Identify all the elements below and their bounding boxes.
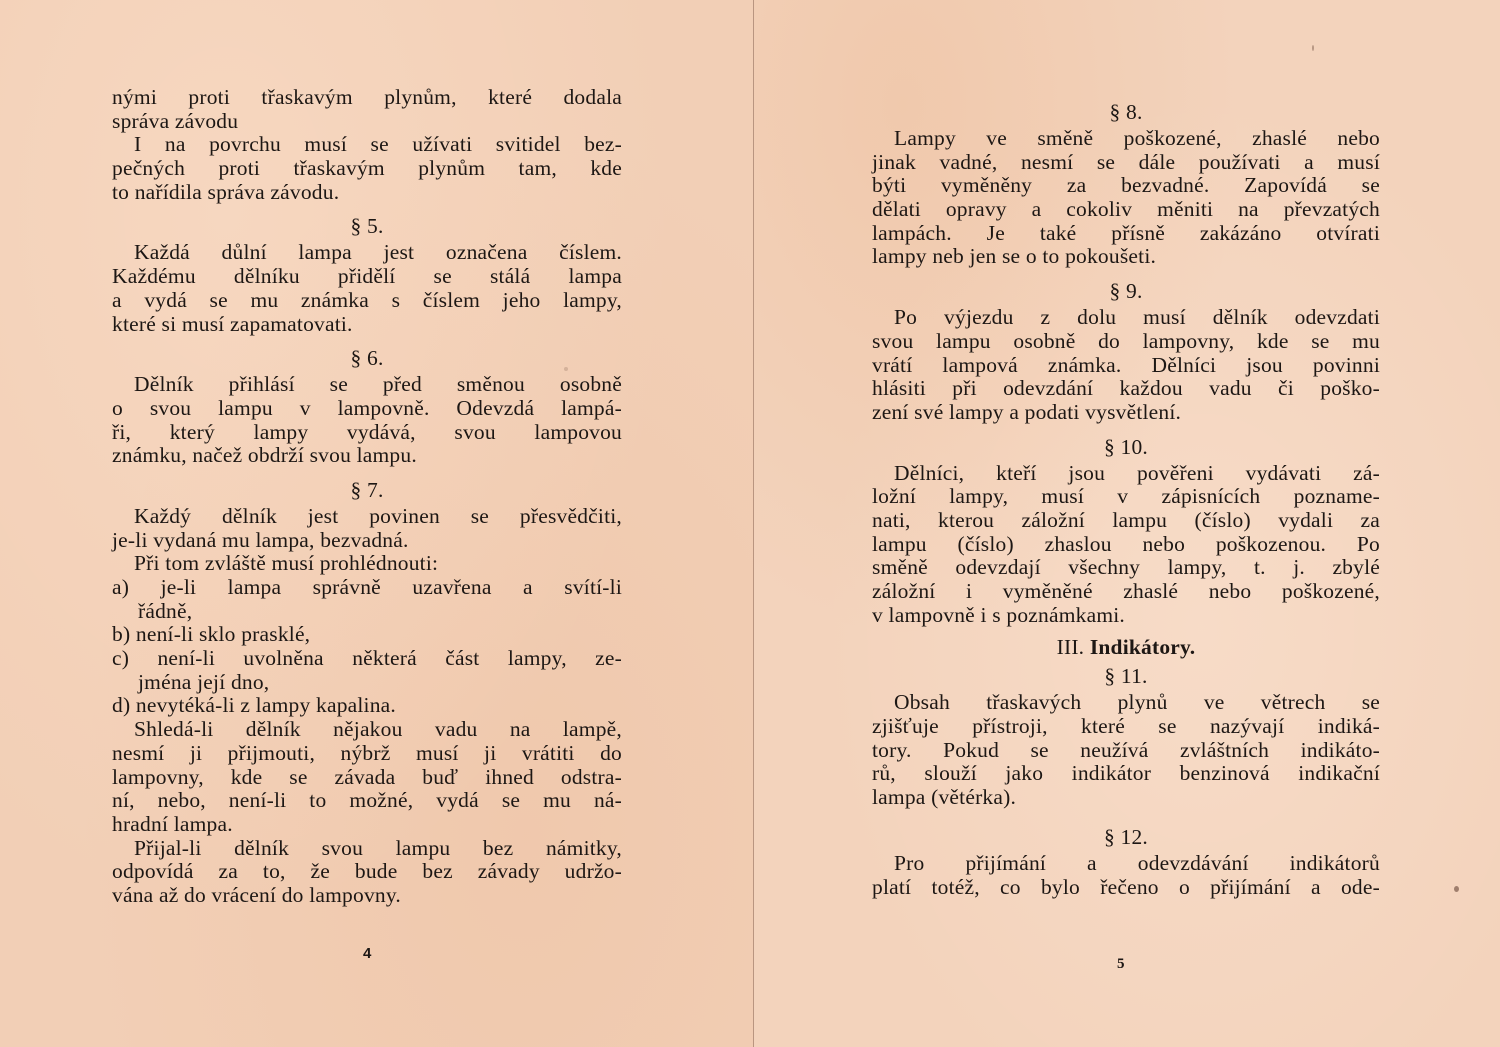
text-line: vána až do vrácení do lampovny.: [112, 884, 622, 908]
text-line: odpovídá za to, že bude bez závady udržo…: [112, 860, 622, 884]
text-line: nými proti třaskavým plynům, které dodal…: [112, 86, 622, 110]
text-line: to nařídila správa závodu.: [112, 181, 622, 205]
text-line: jinak vadné, nesmí se dále používati a m…: [872, 151, 1380, 175]
text-line: Lampy ve směně poškozené, zhaslé nebo: [872, 127, 1380, 151]
text-line: a vydá se mu známka s číslem jeho lampy,: [112, 289, 622, 313]
text-line: dělati opravy a cokoliv měniti na převza…: [872, 198, 1380, 222]
text-line: zení své lampy a podati vysvětlení.: [872, 401, 1380, 425]
text-line: směně odevzdají všechny lampy, t. j. zby…: [872, 556, 1380, 580]
text-line: lampovny, kde se závada buď ihned odstra…: [112, 766, 622, 790]
text-line: hradní lampa.: [112, 813, 622, 837]
section-heading-9: § 9.: [872, 276, 1380, 304]
text-line: pečných proti třaskavým plynům tam, kde: [112, 157, 622, 181]
right-page-text: § 8. Lampy ve směně poškozené, zhaslé ne…: [872, 97, 1380, 899]
section-heading-7: § 7.: [112, 475, 622, 503]
section-heading-5: § 5.: [112, 211, 622, 239]
text-line: I na povrchu musí se užívati svitidel be…: [112, 133, 622, 157]
list-item-a: a) je-li lampa správně uzavřena a svítí-…: [112, 576, 622, 600]
left-page: nými proti třaskavým plynům, které dodal…: [0, 0, 754, 1047]
text-line: Shledá-li dělník nějakou vadu na lampě,: [112, 718, 622, 742]
text-line: nesmí ji přijmouti, nýbrž musí ji vrátit…: [112, 742, 622, 766]
text-line: vrátí lampová známka. Dělníci jsou povin…: [872, 354, 1380, 378]
text-line: Každá důlní lampa jest označena číslem.: [112, 241, 622, 265]
text-line: Dělníci, kteří jsou pověřeni vydávati zá…: [872, 462, 1380, 486]
text-line: Každý dělník jest povinen se přesvědčiti…: [112, 505, 622, 529]
text-line: býti vyměněny za bezvadné. Zapovídá se: [872, 174, 1380, 198]
page-number-left: 4: [363, 945, 371, 962]
text-line: Po výjezdu z dolu musí dělník odevzdati: [872, 306, 1380, 330]
text-line: lampu (číslo) zhaslou nebo poškozenou. P…: [872, 533, 1380, 557]
chapter-title: Indikátory.: [1090, 635, 1196, 659]
paper-speck: [1312, 45, 1314, 51]
text-line: Pro přijímání a odevzdávání indikátorů: [872, 852, 1380, 876]
text-line: Při tom zvláště musí prohlédnouti:: [112, 552, 622, 576]
text-line: o svou lampu v lampovně. Odevzdá lampá-: [112, 397, 622, 421]
section-heading-6: § 6.: [112, 343, 622, 371]
chapter-number: III.: [1057, 635, 1085, 659]
text-line: platí totéž, co bylo řečeno o přijímání …: [872, 876, 1380, 900]
page-number-right: 5: [1117, 956, 1125, 973]
section-heading-12: § 12.: [872, 822, 1380, 850]
text-line: které si musí zapamatovati.: [112, 313, 622, 337]
right-page: § 8. Lampy ve směně poškozené, zhaslé ne…: [754, 0, 1500, 1047]
text-line: ložní lampy, musí v zápisnících poznamе-: [872, 485, 1380, 509]
text-line: Každému dělníku přidělí se stálá lampa: [112, 265, 622, 289]
text-line: hlásiti při odevzdání každou vadu či poš…: [872, 377, 1380, 401]
list-item-c-cont: jména její dno,: [112, 671, 622, 695]
text-line: rů, slouží jako indikátor benzinová indi…: [872, 762, 1380, 786]
chapter-heading: III. Indikátory.: [872, 631, 1380, 661]
text-line: Přijal-li dělník svou lampu bez námitky,: [112, 837, 622, 861]
text-line: ní, nebo, není-li to možné, vydá se mu n…: [112, 789, 622, 813]
book-spread: nými proti třaskavým plynům, které dodal…: [0, 0, 1500, 1047]
list-item-c: c) není-li uvolněna některá část lampy, …: [112, 647, 622, 671]
text-line: ři, který lampy vydává, svou lampovou: [112, 421, 622, 445]
paper-speck: [1454, 886, 1459, 892]
section-heading-11: § 11.: [872, 661, 1380, 689]
list-item-b: b) není-li sklo prasklé,: [112, 623, 622, 647]
list-item-d: d) nevytéká-li z lampy kapalina.: [112, 694, 622, 718]
section-heading-10: § 10.: [872, 432, 1380, 460]
list-item-a-cont: řádně,: [112, 600, 622, 624]
text-line: záložní i vyměněné zhaslé nebo poškozené…: [872, 580, 1380, 604]
text-line: lampách. Je také přísně zakázáno otvírat…: [872, 222, 1380, 246]
text-line: lampy neb jen se o to pokoušeti.: [872, 245, 1380, 269]
text-line: v lampovně i s poznámkami.: [872, 604, 1380, 628]
text-line: známku, načež obdrží svou lampu.: [112, 444, 622, 468]
text-line: Dělník přihlásí se před směnou osobně: [112, 373, 622, 397]
paper-speck: [564, 367, 568, 371]
text-line: správa závodu: [112, 110, 622, 134]
section-heading-8: § 8.: [872, 97, 1380, 125]
text-line: zjišťuje přístroji, které se nazývají in…: [872, 715, 1380, 739]
text-line: Obsah třaskavých plynů ve větrech se: [872, 691, 1380, 715]
text-line: svou lampu osobně do lampovny, kde se mu: [872, 330, 1380, 354]
text-line: tory. Pokud se neužívá zvláštních indiká…: [872, 739, 1380, 763]
left-page-text: nými proti třaskavým plynům, které dodal…: [112, 86, 622, 908]
text-line: lampa (větérka).: [872, 786, 1380, 810]
text-line: je-li vydaná mu lampa, bezvadná.: [112, 529, 622, 553]
text-line: nati, kterou záložní lampu (číslo) vydal…: [872, 509, 1380, 533]
